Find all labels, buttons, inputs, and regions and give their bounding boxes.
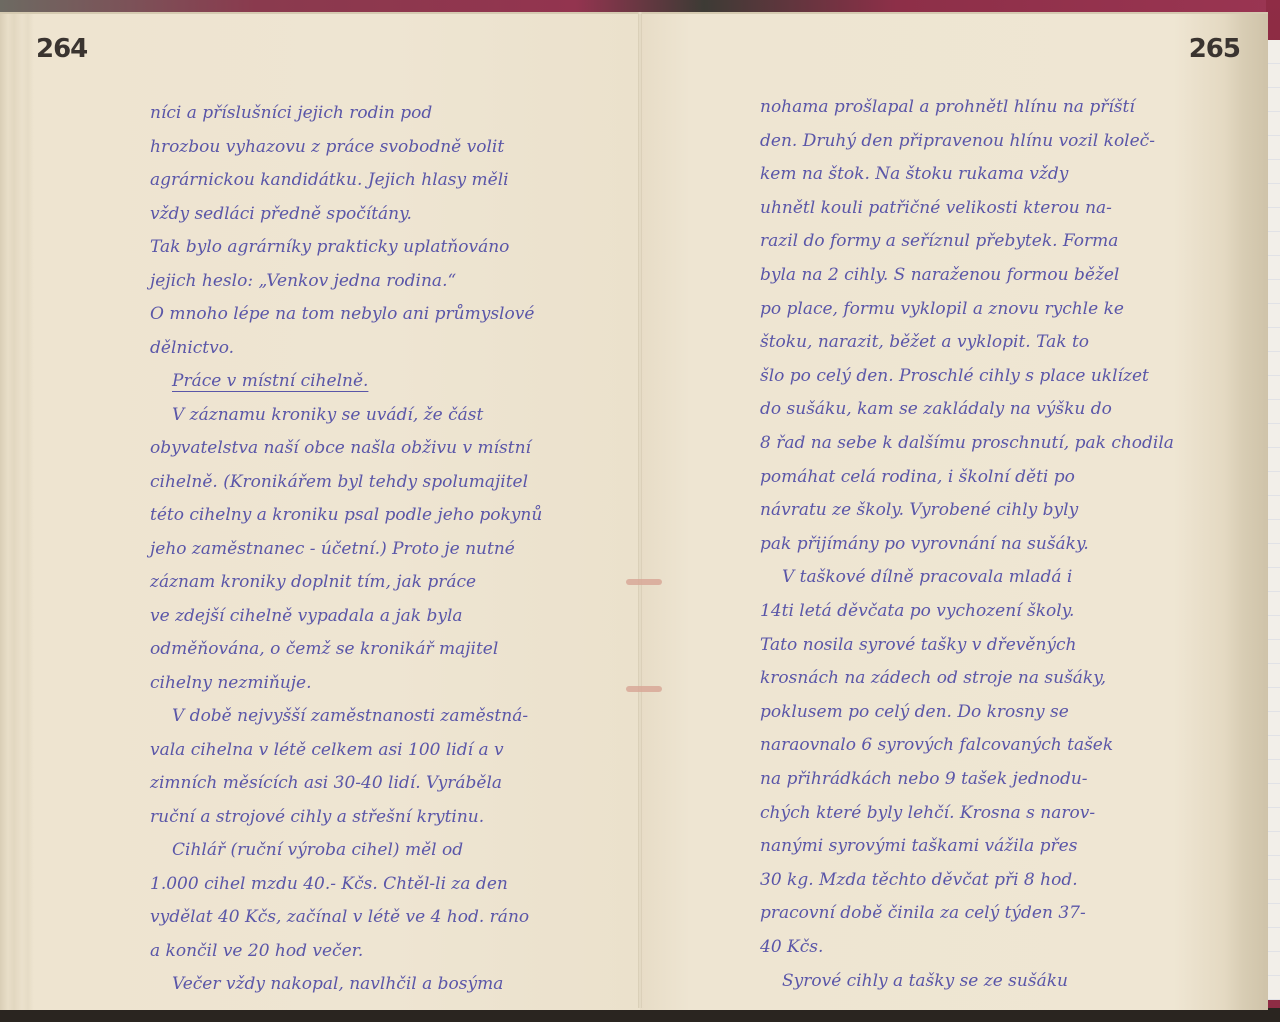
text-line: krosnách na zádech od stroje na sušáky, [760,661,1106,695]
text-line: do sušáku, kam se zakládaly na výšku do [760,392,1112,426]
text-line: vala cihelna v létě celkem asi 100 lidí … [150,733,504,767]
text-line: zimních měsících asi 30-40 lidí. Vyráběl… [150,766,502,800]
binding-stitch [626,579,662,585]
text-line: ve zdejší cihelně vypadala a jak byla [150,599,463,633]
text-line: obyvatelstva naší obce našla obživu v mí… [150,431,531,465]
text-line: Syrové cihly a tašky se ze sušáku [760,964,1068,998]
text-line: 8 řad na sebe k dalšímu proschnutí, pak … [760,426,1174,460]
text-line: chých které byly lehčí. Krosna s narov- [760,796,1095,830]
text-line: na přihrádkách nebo 9 tašek jednodu- [760,762,1088,796]
text-line: pak přijímány po vyrovnání na sušáky. [760,527,1089,561]
text-line: O mnoho lépe na tom nebylo ani průmyslov… [150,297,534,331]
text-line: vydělat 40 Kčs, začínal v létě ve 4 hod.… [150,900,529,934]
text-line: štoku, narazit, běžet a vyklopit. Tak to [760,325,1089,359]
section-heading: Práce v místní cihelně. [150,364,368,398]
text-line: pomáhat celá rodina, i školní děti po [760,460,1075,494]
text-line: návratu ze školy. Vyrobené cihly byly [760,493,1078,527]
text-line: Tato nosila syrové tašky v dřevěných [760,628,1076,662]
text-line: razil do formy a seříznul přebytek. Form… [760,224,1118,258]
text-line: po place, formu vyklopil a znovu rychle … [760,292,1124,326]
text-line: den. Druhý den připravenou hlínu vozil k… [760,124,1155,158]
text-line: 40 Kčs. [760,930,823,964]
text-line: dělnictvo. [150,331,234,365]
text-line: byla na 2 cihly. S naraženou formou běže… [760,258,1119,292]
book-gutter [638,12,642,1008]
text-line: 14ti letá děvčata po vychození školy. [760,594,1074,628]
text-line: poklusem po celý den. Do krosny se [760,695,1069,729]
text-line: 1.000 cihel mzdu 40.- Kčs. Chtěl-li za d… [150,867,508,901]
underlying-ruled-page-edge [1268,40,1280,1000]
text-line: 30 kg. Mzda těchto děvčat při 8 hod. [760,863,1078,897]
text-line: hrozbou vyhazovu z práce svobodně volit [150,130,504,164]
text-line: cihelny nezmiňuje. [150,666,312,700]
text-line: nohama prošlapal a prohnětl hlínu na pří… [760,90,1135,124]
text-line: pracovní době činila za celý týden 37- [760,896,1086,930]
text-line: ruční a strojové cihly a střešní krytinu… [150,800,484,834]
page-number-left: 264 [36,34,87,64]
text-line: jeho zaměstnanec - účetní.) Proto je nut… [150,532,515,566]
page-number-right: 265 [1189,34,1240,64]
text-line: agrárnickou kandidátku. Jejich hlasy měl… [150,163,509,197]
text-line: a končil ve 20 hod večer. [150,934,363,968]
text-line: záznam kroniky doplnit tím, jak práce [150,565,476,599]
text-line: Večer vždy nakopal, navlhčil a bosýma [150,967,503,1001]
text-line: vždy sedláci předně spočítány. [150,197,412,231]
book-cover-bottom [0,1008,1280,1022]
text-line: níci a příslušníci jejich rodin pod [150,96,432,130]
text-line: odměňována, o čemž se kronikář majitel [150,632,498,666]
text-line: V taškové dílně pracovala mladá i [760,560,1072,594]
text-line: šlo po celý den. Proschlé cihly s place … [760,359,1149,393]
text-line: jejich heslo: „Venkov jedna rodina.“ [150,264,456,298]
text-line: Cihlář (ruční výroba cihel) měl od [150,833,463,867]
text-line: V době nejvyšší zaměstnanosti zaměstná- [150,699,528,733]
text-line: V záznamu kroniky se uvádí, že část [150,398,483,432]
text-line: naraovnalo 6 syrových falcovaných tašek [760,728,1113,762]
text-line: nanými syrovými taškami vážila přes [760,829,1077,863]
text-line: této cihelny a kroniku psal podle jeho p… [150,498,542,532]
binding-stitch [626,686,662,692]
text-line: cihelně. (Kronikářem byl tehdy spolumaji… [150,465,528,499]
text-line: kem na štok. Na štoku rukama vždy [760,157,1068,191]
text-line: uhnětl kouli patřičné velikosti kterou n… [760,191,1112,225]
text-line: Tak bylo agrárníky prakticky uplatňováno [150,230,509,264]
